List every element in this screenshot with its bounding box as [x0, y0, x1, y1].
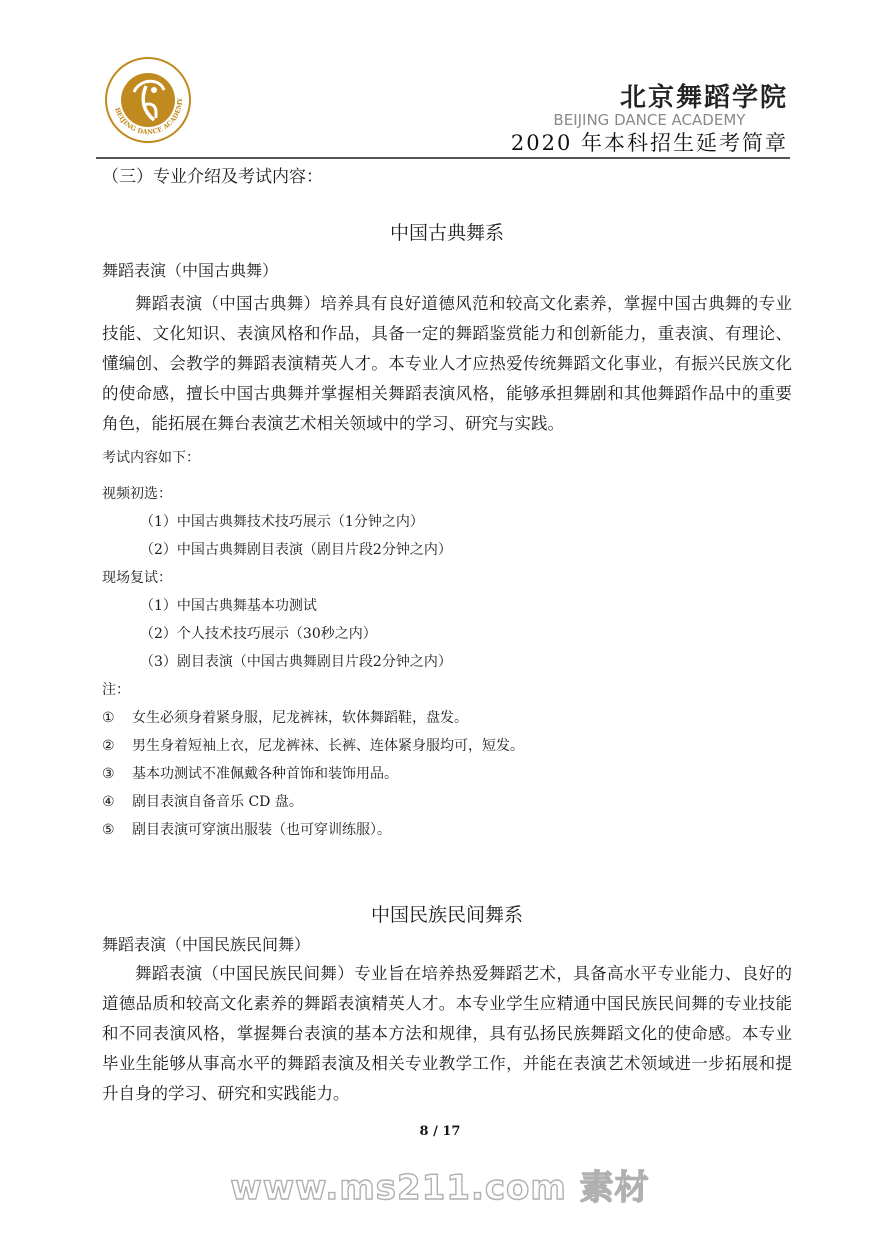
brochure-title: 2020 年本科招生延考简章	[511, 130, 788, 156]
academy-emblem-icon: BEIJING DANCE ACADEMY	[104, 56, 192, 144]
brand-name-cn: 北京舞蹈学院	[511, 84, 788, 112]
brand-name-en: BEIJING DANCE ACADEMY	[511, 112, 788, 128]
video-round-item: （2）中国古典舞剧目表演（剧目片段2分钟之内）	[140, 539, 452, 559]
note-text: 剧目表演自备音乐 CD 盘。	[132, 794, 303, 810]
page-number: 8 / 17	[0, 1124, 880, 1139]
header-divider	[96, 157, 790, 159]
video-round-item: （1）中国古典舞技术技巧展示（1分钟之内）	[140, 511, 424, 531]
major-title-classical: 舞蹈表演（中国古典舞）	[102, 258, 278, 281]
note-item: ③基本功测试不准佩戴各种首饰和装饰用品。	[102, 763, 398, 783]
major-description-classical: 舞蹈表演（中国古典舞）培养具有良好道德风范和较高文化素养，掌握中国古典舞的专业技…	[102, 289, 792, 439]
note-item: ⑤剧目表演可穿演出服装（也可穿训练服）。	[102, 819, 391, 839]
note-text: 基本功测试不准佩戴各种首饰和装饰用品。	[132, 766, 398, 782]
academy-logo: BEIJING DANCE ACADEMY	[104, 56, 192, 144]
notes-label: 注：	[102, 679, 130, 699]
note-text: 剧目表演可穿演出服装（也可穿训练服）。	[132, 822, 391, 838]
dept-title-folk: 中国民族民间舞系	[102, 900, 792, 927]
exam-heading: 考试内容如下：	[102, 447, 200, 467]
note-number: ③	[102, 766, 132, 782]
video-round-label: 视频初选：	[102, 483, 172, 503]
note-number: ④	[102, 794, 132, 810]
note-item: ④剧目表演自备音乐 CD 盘。	[102, 791, 303, 811]
note-item: ①女生必须身着紧身服，尼龙裤袜，软体舞蹈鞋，盘发。	[102, 707, 468, 727]
onsite-round-item: （3）剧目表演（中国古典舞剧目片段2分钟之内）	[140, 651, 452, 671]
note-number: ⑤	[102, 822, 132, 838]
note-number: ①	[102, 710, 132, 726]
major-description-folk: 舞蹈表演（中国民族民间舞）专业旨在培养热爱舞蹈艺术，具备高水平专业能力、良好的道…	[102, 959, 792, 1109]
note-text: 男生身着短袖上衣，尼龙裤袜、长裤、连体紧身服均可，短发。	[132, 738, 524, 754]
onsite-round-item: （2）个人技术技巧展示（30秒之内）	[140, 623, 377, 643]
major-title-folk: 舞蹈表演（中国民族民间舞）	[102, 932, 310, 955]
note-number: ②	[102, 738, 132, 754]
section-title: （三）专业介绍及考试内容：	[102, 162, 323, 187]
onsite-round-label: 现场复试：	[102, 567, 172, 587]
brand-block: 北京舞蹈学院 BEIJING DANCE ACADEMY 2020 年本科招生延…	[511, 84, 788, 156]
note-text: 女生必须身着紧身服，尼龙裤袜，软体舞蹈鞋，盘发。	[132, 710, 468, 726]
watermark: www.ms211.com 素材	[0, 1160, 880, 1209]
onsite-round-item: （1）中国古典舞基本功测试	[140, 595, 317, 615]
note-item: ②男生身着短袖上衣，尼龙裤袜、长裤、连体紧身服均可，短发。	[102, 735, 524, 755]
dept-title-classical: 中国古典舞系	[102, 218, 792, 245]
